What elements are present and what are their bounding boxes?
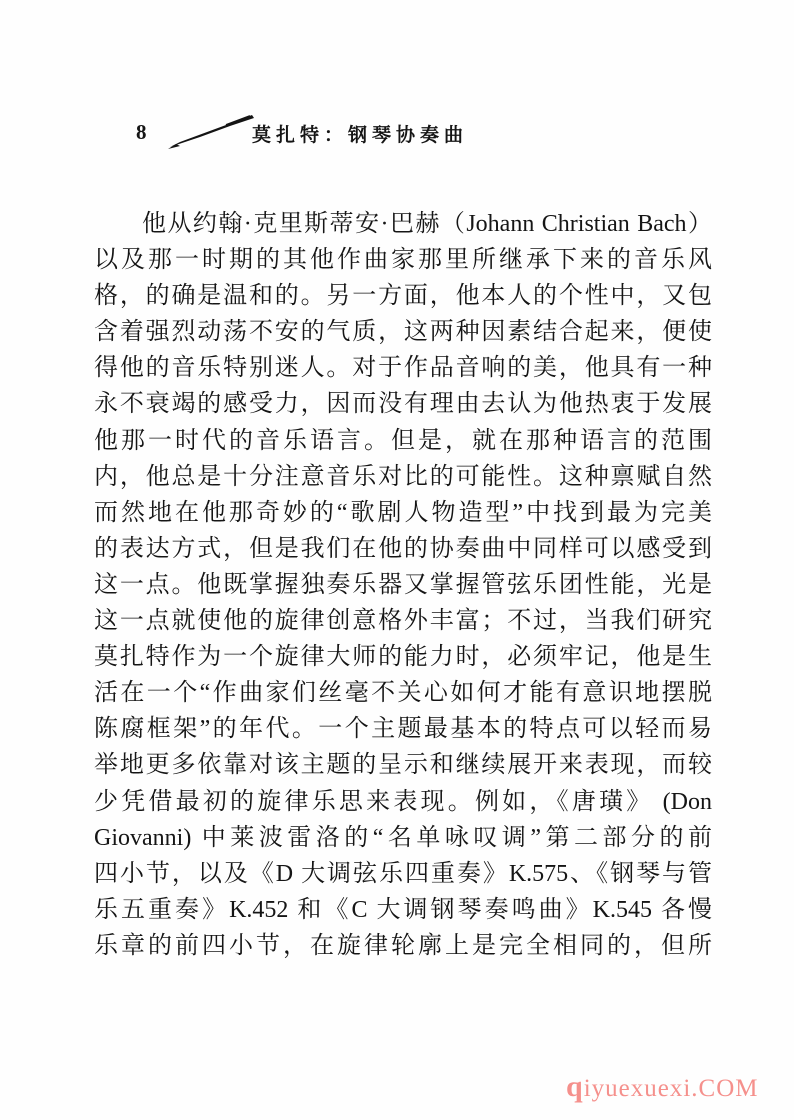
text-line: 乐五重奏》K.452 和《C 大调钢琴奏鸣曲》K.545 各慢 — [94, 892, 712, 928]
text-line: 举地更多依靠对该主题的呈示和继续展开来表现，而较 — [94, 747, 712, 783]
text-line: Giovanni) 中莱波雷洛的“名单咏叹调”第二部分的前 — [94, 820, 712, 856]
book-page: 8 莫扎特：钢琴协奏曲 他从约翰·克里斯蒂安·巴赫（Johann Christi… — [0, 0, 794, 1120]
text-line: 含着强烈动荡不安的气质，这两种因素结合起来，便使 — [94, 314, 712, 350]
page-number: 8 — [136, 120, 148, 145]
running-title: 莫扎特：钢琴协奏曲 — [252, 120, 468, 147]
text-line: 永不衰竭的感受力，因而没有理由去认为他热衷于发展 — [94, 386, 712, 422]
text-line: 以及那一时期的其他作曲家那里所继承下来的音乐风 — [94, 242, 712, 278]
text-line: 陈腐框架”的年代。一个主题最基本的特点可以轻而易 — [94, 711, 712, 747]
text-line: 内，他总是十分注意音乐对比的可能性。这种禀赋自然 — [94, 459, 712, 495]
text-line: 乐章的前四小节，在旋律轮廓上是完全相同的，但所 — [94, 928, 712, 964]
text-line: 他从约翰·克里斯蒂安·巴赫（Johann Christian Bach） — [94, 206, 712, 242]
text-line: 他那一时代的音乐语言。但是，就在那种语言的范围 — [94, 423, 712, 459]
text-line: 这一点就使他的旋律创意格外丰富；不过，当我们研究 — [94, 603, 712, 639]
text-line: 少凭借最初的旋律乐思来表现。例如，《唐璜》 (Don — [94, 784, 712, 820]
running-header: 8 莫扎特：钢琴协奏曲 — [0, 108, 794, 152]
text-line: 的表达方式，但是我们在他的协奏曲中同样可以感受到 — [94, 531, 712, 567]
text-line: 得他的音乐特别迷人。对于作品音响的美，他具有一种 — [94, 350, 712, 386]
text-line: 格，的确是温和的。另一方面，他本人的个性中，又包 — [94, 278, 712, 314]
text-line: 四小节，以及《D 大调弦乐四重奏》K.575、《钢琴与管 — [94, 856, 712, 892]
watermark-text: iyuexuexi — [584, 1075, 692, 1102]
text-line: 这一点。他既掌握独奏乐器又掌握管弦乐团性能，光是 — [94, 567, 712, 603]
quill-icon — [166, 112, 258, 152]
text-line: 活在一个“作曲家们丝毫不关心如何才能有意识地摆脱 — [94, 675, 712, 711]
text-line: 莫扎特作为一个旋律大师的能力时，必须牢记，他是生 — [94, 639, 712, 675]
body-paragraph: 他从约翰·克里斯蒂安·巴赫（Johann Christian Bach） 以及那… — [94, 206, 712, 964]
site-watermark: qiyuexuexi.COM — [566, 1070, 759, 1104]
text-line: 而然地在他那奇妙的“歌剧人物造型”中找到最为完美 — [94, 495, 712, 531]
watermark-q: q — [566, 1070, 584, 1103]
watermark-tld: .COM — [691, 1075, 758, 1102]
